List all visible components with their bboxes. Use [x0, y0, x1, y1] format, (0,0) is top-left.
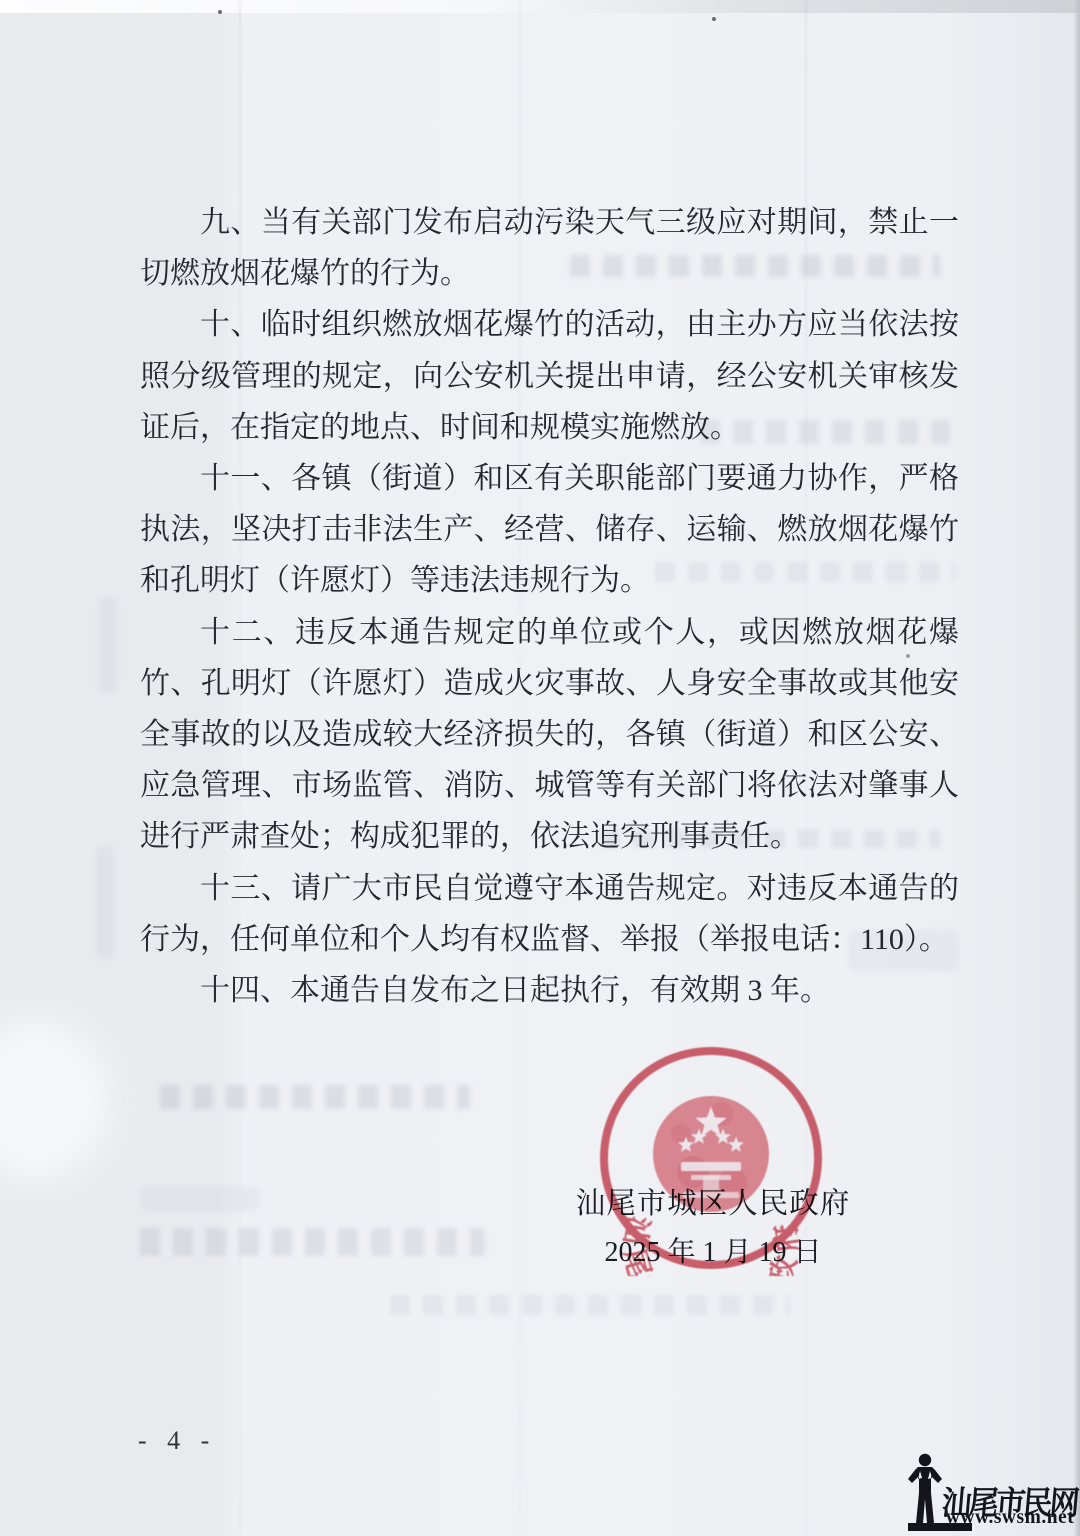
- notice-item-14: 十四、本通告自发布之日起执行，有效期 3 年。: [140, 965, 959, 1016]
- notice-item-9: 九、当有关部门发布启动污染天气三级应对期间，禁止一切燃放烟花爆竹的行为。: [140, 197, 959, 299]
- scan-smudge: [96, 845, 114, 960]
- scan-smudge: [160, 1085, 470, 1109]
- scan-speck: [712, 17, 716, 21]
- page-number: - 4 -: [138, 1426, 216, 1456]
- scan-smudge: [140, 1186, 260, 1212]
- national-emblem-icon: [653, 1096, 769, 1212]
- notice-item-13: 十三、请广大市民自觉遵守本通告规定。对违反本通告的行为，任何单位和个人均有权监督…: [140, 863, 959, 965]
- notice-item-12: 十二、违反本通告规定的单位或个人，或因燃放烟花爆竹、孔明灯（许愿灯）造成火灾事故…: [140, 607, 959, 863]
- scan-speck: [218, 10, 222, 14]
- scan-edge-right: [1073, 0, 1080, 1536]
- watermark-site-url: www.swsm.net: [944, 1507, 1076, 1529]
- notice-item-11: 十一、各镇（街道）和区有关职能部门要通力协作，严格执法，坚决打击非法生产、经营、…: [140, 453, 959, 607]
- scan-smudge: [140, 1228, 485, 1256]
- notice-item-10: 十、临时组织燃放烟花爆竹的活动，由主办方应当依法按照分级管理的规定，向公安机关提…: [140, 299, 959, 453]
- notice-body: 九、当有关部门发布启动污染天气三级应对期间，禁止一切燃放烟花爆竹的行为。 十、临…: [140, 197, 959, 1016]
- scan-smudge: [390, 1295, 790, 1315]
- scan-smudge: [98, 598, 118, 693]
- scan-light-patch: [0, 1020, 110, 1180]
- official-seal: 汕尾市城区人民政府: [593, 1040, 829, 1276]
- site-watermark: 汕尾市民网 www.swsm.net: [906, 1450, 1078, 1534]
- scanned-notice-page: 九、当有关部门发布启动污染天气三级应对期间，禁止一切燃放烟花爆竹的行为。 十、临…: [0, 0, 1080, 1536]
- scan-edge-top: [0, 0, 1080, 13]
